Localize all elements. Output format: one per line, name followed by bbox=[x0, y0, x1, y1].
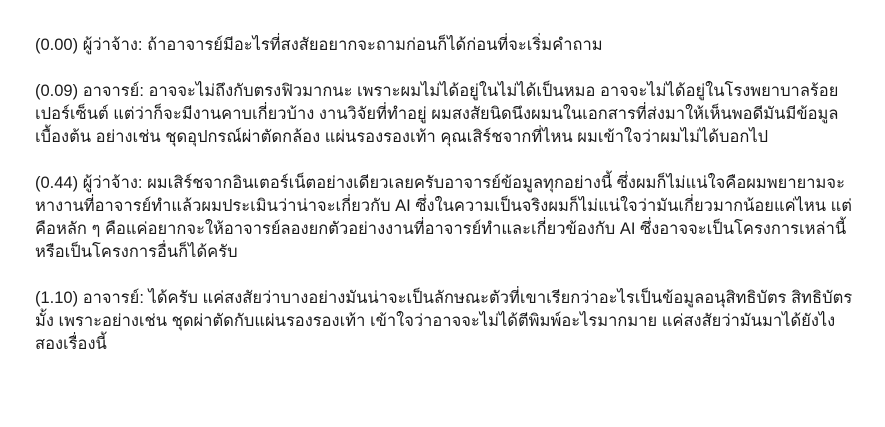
utterance-text: อาจจะไม่ถึงกับตรงฟิวมากนะ เพราะผมไม่ได้อ… bbox=[35, 82, 839, 146]
utterance-text: ได้ครับ แค่สงสัยว่าบางอย่างมันน่าจะเป็นล… bbox=[35, 289, 852, 353]
speaker-label: อาจารย์: bbox=[83, 82, 144, 100]
speaker-label: อาจารย์: bbox=[83, 289, 144, 307]
transcript-page: (0.00) ผู้ว่าจ้าง: ถ้าอาจารย์มีอะไรที่สง… bbox=[0, 0, 885, 427]
utterance-text: ถ้าอาจารย์มีอะไรที่สงสัยอยากจะถามก่อนก็ไ… bbox=[147, 36, 603, 54]
utterance-text: ผมเสิร์ชจากอินเตอร์เน็ตอย่างเดียวเลยครับ… bbox=[35, 174, 852, 261]
transcript-paragraph: (0.09) อาจารย์: อาจจะไม่ถึงกับตรงฟิวมากน… bbox=[35, 80, 855, 149]
timestamp-label: (0.00) bbox=[35, 36, 78, 54]
transcript-paragraph: (0.00) ผู้ว่าจ้าง: ถ้าอาจารย์มีอะไรที่สง… bbox=[35, 34, 855, 57]
speaker-label: ผู้ว่าจ้าง: bbox=[83, 174, 143, 192]
timestamp-label: (0.44) bbox=[35, 174, 78, 192]
transcript-paragraph: (1.10) อาจารย์: ได้ครับ แค่สงสัยว่าบางอย… bbox=[35, 287, 855, 356]
timestamp-label: (0.09) bbox=[35, 82, 78, 100]
transcript-paragraph: (0.44) ผู้ว่าจ้าง: ผมเสิร์ชจากอินเตอร์เน… bbox=[35, 172, 855, 264]
timestamp-label: (1.10) bbox=[35, 289, 78, 307]
speaker-label: ผู้ว่าจ้าง: bbox=[83, 36, 143, 54]
transcript-body: (0.00) ผู้ว่าจ้าง: ถ้าอาจารย์มีอะไรที่สง… bbox=[35, 34, 855, 356]
